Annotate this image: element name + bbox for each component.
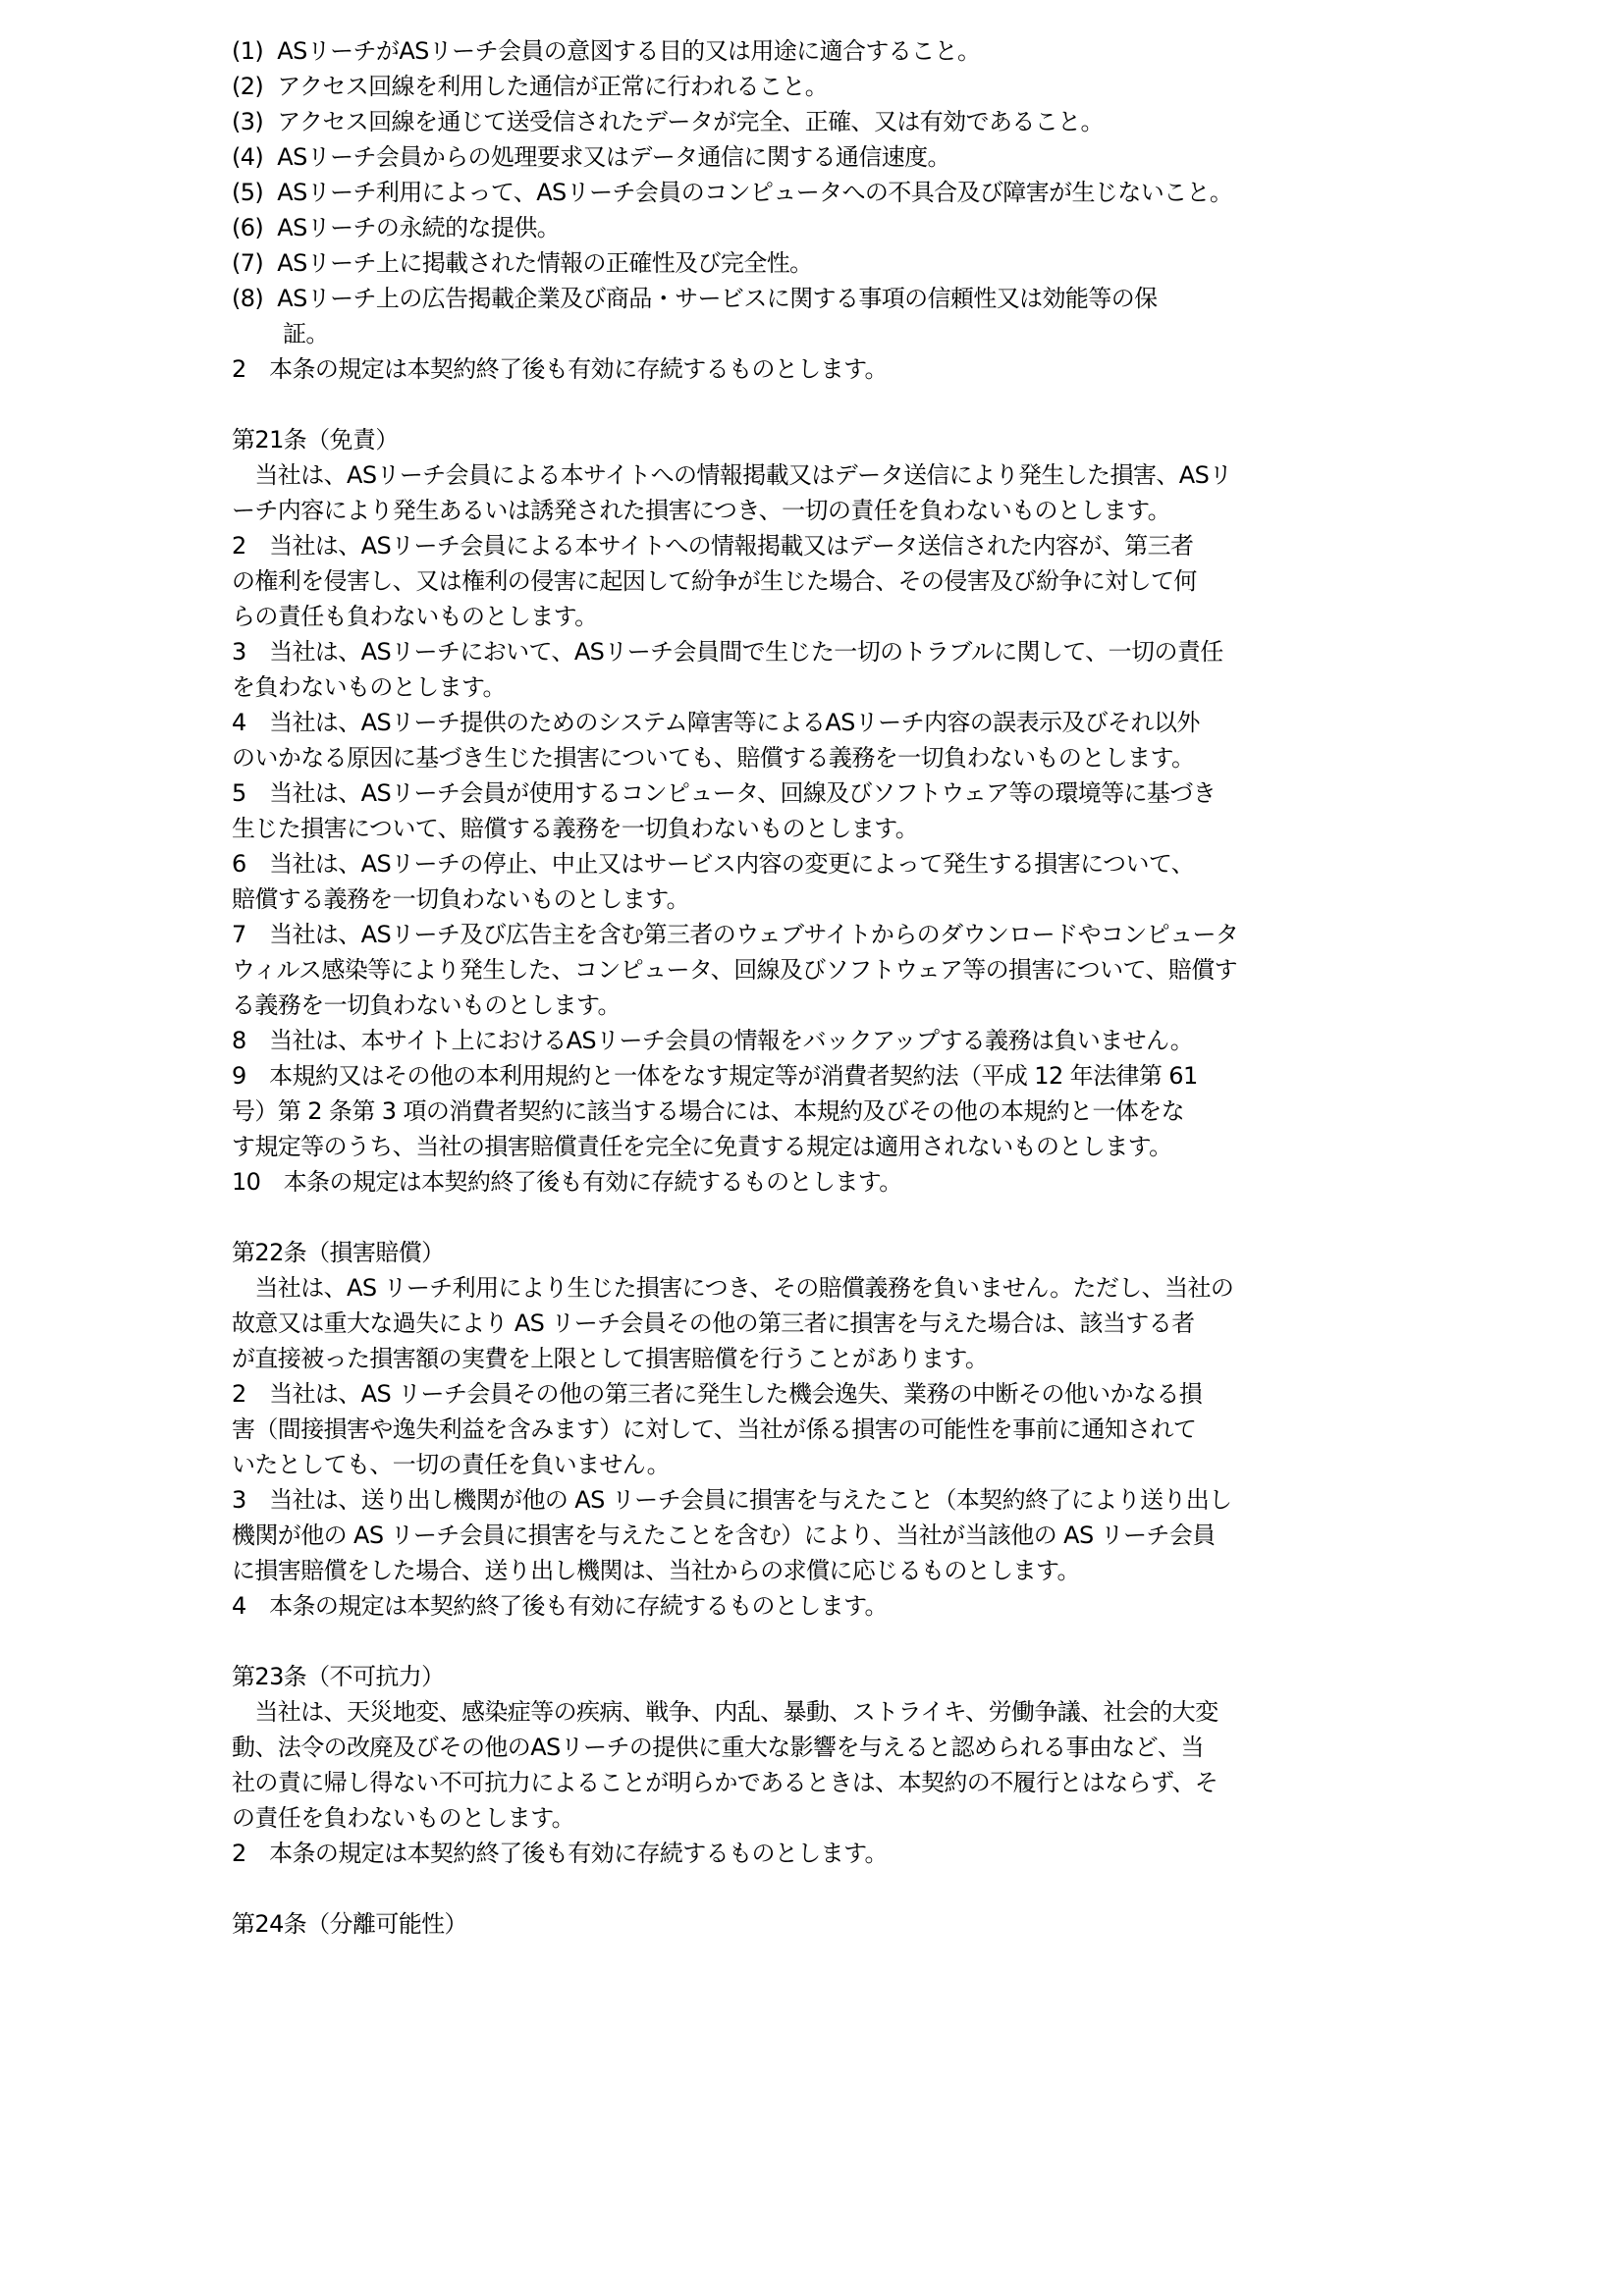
paragraph-line: の責任を負わないものとします。 xyxy=(232,1800,1420,1836)
paragraph-line: が直接被った損害額の実費を上限として損害賠償を行うことがあります。 xyxy=(232,1341,1420,1376)
paragraph-line: 賠償する義務を一切負わないものとします。 xyxy=(232,881,1420,917)
paragraph-line: 故意又は重大な過失により AS リーチ会員その他の第三者に損害を与えた場合は、該… xyxy=(232,1306,1420,1341)
item-label: (2) xyxy=(232,73,263,100)
item-text: ASリーチの永続的な提供。 xyxy=(277,214,560,241)
paragraph-line: る義務を一切負わないものとします。 xyxy=(232,988,1420,1023)
article-22: 第22条（損害賠償） 当社は、AS リーチ利用により生じた損害につき、その賠償義… xyxy=(232,1235,1420,1624)
article-heading: 第24条（分離可能性） xyxy=(232,1906,1420,1942)
paragraph-line: 2 本条の規定は本契約終了後も有効に存続するものとします。 xyxy=(232,351,1420,387)
paragraph-line: 社の責に帰し得ない不可抗力によることが明らかであるときは、本契約の不履行とはなら… xyxy=(232,1765,1420,1800)
paragraph-line: 5 当社は、ASリーチ会員が使用するコンピュータ、回線及びソフトウェア等の環境等… xyxy=(232,775,1420,811)
spacer xyxy=(232,387,1420,422)
paragraph-line: 3 当社は、ASリーチにおいて、ASリーチ会員間で生じた一切のトラブルに関して、… xyxy=(232,634,1420,669)
list-item: (5) ASリーチ利用によって、ASリーチ会員のコンピュータへの不具合及び障害が… xyxy=(232,175,1420,210)
list-item: (7) ASリーチ上に掲載された情報の正確性及び完全性。 xyxy=(232,245,1420,281)
paragraph-line: 当社は、ASリーチ会員による本サイトへの情報掲載又はデータ送信により発生した損害… xyxy=(232,457,1420,493)
item-label: (3) xyxy=(232,108,263,135)
paragraph-line: 動、法令の改廃及びその他のASリーチの提供に重大な影響を与えると認められる事由な… xyxy=(232,1730,1420,1765)
item-label: (4) xyxy=(232,143,263,171)
paragraph-line: す規定等のうち、当社の損害賠償責任を完全に免責する規定は適用されないものとします… xyxy=(232,1129,1420,1164)
paragraph-line: 害（間接損害や逸失利益を含みます）に対して、当社が係る損害の可能性を事前に通知さ… xyxy=(232,1412,1420,1447)
item-label: (6) xyxy=(232,214,263,241)
list-item: (4) ASリーチ会員からの処理要求又はデータ通信に関する通信速度。 xyxy=(232,139,1420,175)
paragraph-line: を負わないものとします。 xyxy=(232,669,1420,705)
article-24: 第24条（分離可能性） xyxy=(232,1906,1420,1942)
paragraph-line: 2 当社は、AS リーチ会員その他の第三者に発生した機会逸失、業務の中断その他い… xyxy=(232,1376,1420,1412)
list-item: (8) ASリーチ上の広告掲載企業及び商品・サービスに関する事項の信頼性又は効能… xyxy=(232,281,1420,316)
paragraph-line: 生じた損害について、賠償する義務を一切負わないものとします。 xyxy=(232,811,1420,846)
paragraph-line: 号）第 2 条第 3 項の消費者契約に該当する場合には、本規約及びその他の本規約… xyxy=(232,1094,1420,1129)
paragraph-line: らの責任も負わないものとします。 xyxy=(232,599,1420,634)
list-item: (1) ASリーチがASリーチ会員の意図する目的又は用途に適合すること。 xyxy=(232,33,1420,69)
spacer xyxy=(232,1624,1420,1659)
paragraph-line: 7 当社は、ASリーチ及び広告主を含む第三者のウェブサイトからのダウンロードやコ… xyxy=(232,917,1420,952)
paragraph-line: に損害賠償をした場合、送り出し機関は、当社からの求償に応じるものとします。 xyxy=(232,1553,1420,1588)
paragraph-line: の権利を侵害し、又は権利の侵害に起因して紛争が生じた場合、その侵害及び紛争に対し… xyxy=(232,563,1420,599)
item-text: ASリーチ利用によって、ASリーチ会員のコンピュータへの不具合及び障害が生じない… xyxy=(277,179,1232,206)
article-heading: 第21条（免責） xyxy=(232,422,1420,457)
list-item-continuation: 証。 xyxy=(232,316,1420,351)
article-23: 第23条（不可抗力） 当社は、天災地変、感染症等の疾病、戦争、内乱、暴動、ストラ… xyxy=(232,1659,1420,1871)
paragraph-line: 2 当社は、ASリーチ会員による本サイトへの情報掲載又はデータ送信された内容が、… xyxy=(232,528,1420,563)
paragraph-line: 6 当社は、ASリーチの停止、中止又はサービス内容の変更によって発生する損害につ… xyxy=(232,846,1420,881)
document-page: (1) ASリーチがASリーチ会員の意図する目的又は用途に適合すること。 (2)… xyxy=(232,33,1420,1942)
spacer xyxy=(232,1871,1420,1906)
item-text: アクセス回線を利用した通信が正常に行われること。 xyxy=(277,73,828,100)
item-text: ASリーチ会員からの処理要求又はデータ通信に関する通信速度。 xyxy=(277,143,950,171)
article-heading: 第22条（損害賠償） xyxy=(232,1235,1420,1270)
item-label: (5) xyxy=(232,179,263,206)
list-item: (6) ASリーチの永続的な提供。 xyxy=(232,210,1420,245)
warranty-disclaimer-list: (1) ASリーチがASリーチ会員の意図する目的又は用途に適合すること。 (2)… xyxy=(232,33,1420,387)
paragraph-line: いたとしても、一切の責任を負いません。 xyxy=(232,1447,1420,1482)
paragraph-line: 10 本条の規定は本契約終了後も有効に存続するものとします。 xyxy=(232,1164,1420,1200)
item-text: ASリーチ上に掲載された情報の正確性及び完全性。 xyxy=(277,249,812,277)
paragraph-line: 2 本条の規定は本契約終了後も有効に存続するものとします。 xyxy=(232,1836,1420,1871)
paragraph-line: 9 本規約又はその他の本利用規約と一体をなす規定等が消費者契約法（平成 12 年… xyxy=(232,1058,1420,1094)
paragraph-line: のいかなる原因に基づき生じた損害についても、賠償する義務を一切負わないものとしま… xyxy=(232,740,1420,775)
paragraph-line: ーチ内容により発生あるいは誘発された損害につき、一切の責任を負わないものとします… xyxy=(232,493,1420,528)
item-label: (8) xyxy=(232,285,263,312)
list-item: (3) アクセス回線を通じて送受信されたデータが完全、正確、又は有効であること。 xyxy=(232,104,1420,139)
article-21: 第21条（免責） 当社は、ASリーチ会員による本サイトへの情報掲載又はデータ送信… xyxy=(232,422,1420,1200)
list-item: (2) アクセス回線を利用した通信が正常に行われること。 xyxy=(232,69,1420,104)
paragraph-line: ウィルス感染等により発生した、コンピュータ、回線及びソフトウェア等の損害について… xyxy=(232,952,1420,988)
item-text: ASリーチがASリーチ会員の意図する目的又は用途に適合すること。 xyxy=(277,37,980,65)
item-text: アクセス回線を通じて送受信されたデータが完全、正確、又は有効であること。 xyxy=(277,108,1104,135)
paragraph-line: 4 当社は、ASリーチ提供のためのシステム障害等によるASリーチ内容の誤表示及び… xyxy=(232,705,1420,740)
paragraph-line: 3 当社は、送り出し機関が他の AS リーチ会員に損害を与えたこと（本契約終了に… xyxy=(232,1482,1420,1518)
item-text: ASリーチ上の広告掲載企業及び商品・サービスに関する事項の信頼性又は効能等の保 xyxy=(277,285,1157,312)
article-heading: 第23条（不可抗力） xyxy=(232,1659,1420,1694)
spacer xyxy=(232,1200,1420,1235)
paragraph-line: 4 本条の規定は本契約終了後も有効に存続するものとします。 xyxy=(232,1588,1420,1624)
paragraph-line: 8 当社は、本サイト上におけるASリーチ会員の情報をバックアップする義務は負いま… xyxy=(232,1023,1420,1058)
paragraph-line: 当社は、AS リーチ利用により生じた損害につき、その賠償義務を負いません。ただし… xyxy=(232,1270,1420,1306)
paragraph-line: 当社は、天災地変、感染症等の疾病、戦争、内乱、暴動、ストライキ、労働争議、社会的… xyxy=(232,1694,1420,1730)
item-label: (1) xyxy=(232,37,263,65)
paragraph-line: 機関が他の AS リーチ会員に損害を与えたことを含む）により、当社が当該他の A… xyxy=(232,1518,1420,1553)
item-label: (7) xyxy=(232,249,263,277)
